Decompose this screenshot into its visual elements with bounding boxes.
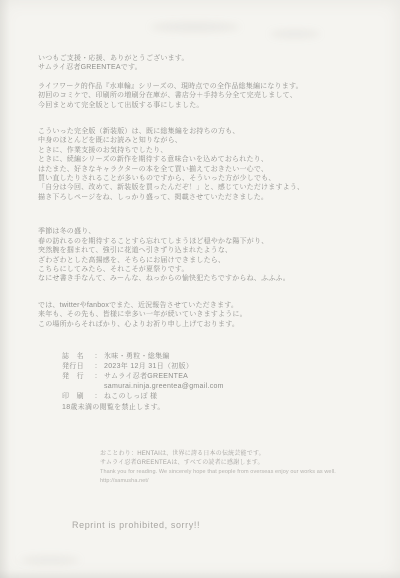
afterword-line: この場所からそればかり、心よりお祈り申し上げております。 [38, 320, 368, 329]
afterword-paragraph-closing: では、twitterやfanboxでまた、近況報告させていただきます。 来年も、… [38, 301, 368, 329]
book-title: 氷味・勇粒・総集編 [104, 352, 170, 362]
afterword-paragraph-season: 季節は冬の盛り、 春の訪れるのを期待することすら忘れてしまうほど穏やかな陽下がり… [38, 227, 368, 283]
printer-name: ねこのしっぽ 様 [104, 392, 157, 402]
colophon-separator: ： [92, 372, 104, 382]
publisher-email: samurai.ninja.greentea@gmail.com [104, 382, 224, 392]
colophon-separator: ： [92, 362, 104, 372]
colophon-label [62, 382, 92, 392]
afterword-line: 季節は冬の盛り、 [38, 227, 368, 236]
scan-smudge [150, 22, 240, 32]
afterword-line: 描き下ろしページをね、しっかり盛って、掲載させていただきました。 [38, 193, 368, 202]
colophon-block: 誌 名 ： 氷味・勇粒・総集編 発行日 ： 2023年 12月 31日（初版） … [62, 352, 224, 413]
afterword-paragraph-release: ライフワーク的作品『水車輪』シリーズの、現時点での全作品総集編になります。 初回… [38, 82, 368, 110]
afterword-line: なにせ書き手なんて、みーんな、ねっからの愉快犯たちですからね、ふふふ。 [38, 274, 368, 283]
colophon-separator: ： [92, 392, 104, 402]
scan-smudge [270, 30, 320, 38]
afterword-line: 「自分は今回、改めて、新装版を買ったんだぞ！」と、感じていただけますよう、 [38, 183, 368, 192]
disclaimer-line-ja: サムライ忍者GREENTEAは、すべての読者に感謝します。 [100, 459, 336, 468]
website-url: http://samusha.net/ [100, 477, 336, 486]
afterword-line: 突然腕を掴まれて、強引に花道へ引きずり込まれたような、 [38, 246, 368, 255]
afterword-text: いつもご支援・応援、ありがとうございます。 サムライ忍者GREENTEAです。 … [38, 54, 368, 338]
colophon-separator [92, 382, 104, 392]
afterword-line: 来年も、その先も、皆様に幸多い一年が続いていきますように。 [38, 310, 368, 319]
colophon-row-printer: 印 刷 ： ねこのしっぽ 様 [62, 392, 224, 402]
scan-smudge [20, 556, 80, 564]
reprint-prohibited-notice: Reprint is prohibited, sorry!! [72, 520, 200, 530]
afterword-line: いつもご支援・応援、ありがとうございます。 [38, 54, 368, 63]
colophon-label: 発 行 [62, 372, 92, 382]
colophon-row-title: 誌 名 ： 氷味・勇粒・総集編 [62, 352, 224, 362]
colophon-row-email: samurai.ninja.greentea@gmail.com [62, 382, 224, 392]
colophon-row-date: 発行日 ： 2023年 12月 31日（初版） [62, 362, 224, 372]
afterword-paragraph-greeting: いつもご支援・応援、ありがとうございます。 サムライ忍者GREENTEAです。 [38, 54, 368, 73]
publisher-name: サムライ忍者GREENTEA [104, 372, 188, 382]
colophon-row-publisher: 発 行 ： サムライ忍者GREENTEA [62, 372, 224, 382]
afterword-line: ライフワーク的作品『水車輪』シリーズの、現時点での全作品総集編になります。 [38, 82, 368, 91]
disclaimer-block: おことわり：HENTAIは、世界に誇る日本の伝統芸能です。 サムライ忍者GREE… [100, 450, 336, 486]
afterword-line: こういった完全版（新装版）は、既に総集編をお持ちの方も、 [38, 127, 368, 136]
afterword-line: では、twitterやfanboxでまた、近況報告させていただきます。 [38, 301, 368, 310]
afterword-line: はたまた、好きなキャラクターの本を全て買い揃えておきたい一心で、 [38, 165, 368, 174]
afterword-line: ときに、続編シリーズの新作を期待する意味合いを込めておられたり、 [38, 155, 368, 164]
afterword-line: 買い直したりされることが多いものですから、そういった方が少しでも、 [38, 174, 368, 183]
scan-edge-shadow-left [0, 0, 10, 578]
afterword-line: 春の訪れるのを期待することすら忘れてしまうほど穏やかな陽下がり、 [38, 237, 368, 246]
afterword-line: 今回まとめて完全版として出版する事にしました。 [38, 101, 368, 110]
afterword-paragraph-complete-edition: こういった完全版（新装版）は、既に総集編をお持ちの方も、 中身のほとんどを既にお… [38, 127, 368, 202]
afterword-line: ざわざわとした高揚感を、そちらにお届けできましたら、 [38, 256, 368, 265]
colophon-label: 発行日 [62, 362, 92, 372]
afterword-line: 初回のコミケで、印刷所の増刷分在庫が、書店分＋手持ち分全て完売しまして、 [38, 91, 368, 100]
colophon-label: 誌 名 [62, 352, 92, 362]
afterword-line: ときに、作業支援のお気持ちでしたり、 [38, 146, 368, 155]
afterword-line: 中身のほとんどを既にお読みと知りながら、 [38, 136, 368, 145]
afterword-line: サムライ忍者GREENTEAです。 [38, 63, 368, 72]
disclaimer-line-en: Thank you for reading. We sincerely hope… [100, 468, 336, 477]
colophon-separator: ： [92, 352, 104, 362]
afterword-line: こちらにしてみたら、それこそが夏祭りです。 [38, 265, 368, 274]
publication-date: 2023年 12月 31日（初版） [104, 362, 193, 372]
scan-edge-shadow-bottom [0, 570, 400, 578]
scanned-document-page: いつもご支援・応援、ありがとうございます。 サムライ忍者GREENTEAです。 … [0, 0, 400, 578]
disclaimer-line-ja: おことわり：HENTAIは、世界に誇る日本の伝統芸能です。 [100, 450, 336, 459]
colophon-label: 印 刷 [62, 392, 92, 402]
age-restriction-notice: 18歳未満の閲覧を禁止します。 [62, 403, 224, 413]
